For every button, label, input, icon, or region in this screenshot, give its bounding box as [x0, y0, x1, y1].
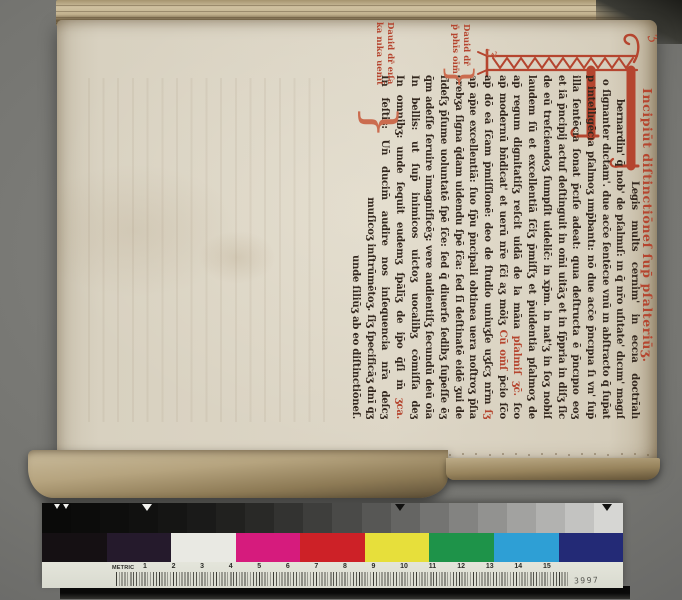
margin-note-2-line-2: ka nıka uenıt̄: [373, 22, 384, 85]
grayscale-step-17: [507, 503, 536, 533]
ruler-number-9: 9: [372, 563, 376, 570]
manuscript-line-4: p intellıgēcıa pſalmoʒ ımp̄bantı: nō due…: [582, 75, 597, 419]
color-patch-8: [494, 533, 559, 562]
manuscript-line-text: illa ſentēcıa ſonat p̄cıſe adeat̄: quıa …: [570, 75, 581, 419]
manuscript-line-20: unde ſiliūʒ ab eo diſtinctiōneſ.: [347, 221, 362, 419]
color-patch-6: [365, 533, 430, 562]
grayscale-step-11: [332, 503, 361, 533]
manuscript-line-3: o ſignanter dıctam'. due acc̄e ſentēcıe …: [597, 79, 612, 419]
ruler-number-6: 6: [286, 563, 290, 570]
marker-triangle-white-2: [63, 504, 69, 509]
prick-hole: [647, 454, 649, 456]
grayscale-step-5: [158, 503, 187, 533]
ruler-number-3: 3: [200, 563, 204, 570]
manuscript-line-text: o ſignanter dıctam'. due acc̄e ſentēcıe …: [597, 79, 611, 419]
manuscript-line-8: laudem ſū et excellentiā ſc̄iʒ p̄miſſʒ e…: [524, 75, 539, 419]
grayscale-step-9: [274, 503, 303, 533]
prick-hole: [568, 454, 570, 456]
manuscript-line-text: ſco: [512, 396, 523, 419]
metric-ruler: METRIC 3997 123456789101112131415: [42, 562, 623, 588]
handwritten-number: 3997: [574, 576, 600, 586]
photo-background: ʒ Incipiūt diſtinctiōneſ ſup̄ pſalteriūʒ…: [0, 0, 682, 600]
manuscript-line-text: In bellis: ut ſup̄ inimicos uictoʒ uocal…: [409, 75, 420, 419]
marker-triangle-black-5: [602, 504, 612, 511]
manuscript-line-text: ap̄ modernū bn̄dicat' et uerū nr̄e ſc̄i …: [497, 75, 508, 325]
ruler-number-4: 4: [229, 563, 233, 570]
book-bottom-edge-right: [446, 458, 660, 480]
ruler-number-11: 11: [429, 563, 436, 570]
color-patch-7: [429, 533, 494, 562]
margin-note-1-brace: }: [443, 63, 477, 90]
manuscript-line-text: laudem ſū et excellentiā ſc̄iʒ p̄miſſʒ e…: [526, 75, 537, 419]
calibration-bar: METRIC 3997 123456789101112131415: [42, 503, 623, 588]
ruler-number-8: 8: [343, 563, 347, 570]
manuscript-page: ʒ Incipiūt diſtinctiōneſ ſup̄ pſalteriūʒ…: [57, 20, 657, 468]
manuscript-line-15: q̄m adeſſe ſeruire īmagnificēʒ: vere aud…: [421, 75, 436, 419]
manuscript-line-text: p intellıgēcıa pſalmoʒ ımp̄bantı: nō due…: [585, 75, 596, 419]
manuscript-line-text: q̄m adeſſe ſeruire īmagnificēʒ: vere aud…: [423, 75, 434, 419]
manuscript-line-9: ap̄ regum dignitatiſʒ reſcit̄ uidā de la…: [509, 75, 524, 419]
manuscript-line-text: ap̄ regum dignitatiſʒ reſcit̄ uidā de la…: [512, 75, 523, 329]
color-patch-4: [236, 533, 301, 562]
manuscript-line-text: p̄cio ſc̄o: [497, 370, 508, 419]
manuscript-line-text: de eū treſciendoʒ ſumpſit̄ uidelic̄: in …: [541, 75, 552, 419]
manuscript-line-19: muſicoʒ inſtrūmētoʒ. ſiʒ ſpecificāʒ dnī …: [362, 181, 377, 419]
manuscript-line-11: ap̄ dō eā ſc̄am p̄miſſionē: deo de ſtudi…: [479, 75, 494, 419]
manuscript-line-text: ap̄ ap̄ıe excellentiā: ſuo ſp̄u p̄ncipal…: [467, 75, 478, 419]
manuscript-line-5: illa ſentēcıa ſonat p̄cıſe adeat̄: quıa …: [568, 75, 583, 419]
ruler-number-2: 2: [172, 563, 176, 570]
prick-hole: [581, 453, 583, 455]
prick-hole: [541, 453, 543, 455]
manuscript-line-6: et iā p̄ncipij actuſ deſtinguit̄ in om̄i…: [553, 75, 568, 419]
manuscript-line-text: unde ſiliūʒ ab eo diſtinctiōneſ.: [350, 255, 361, 419]
marker-triangle-white-1: [54, 504, 60, 509]
grayscale-wedge: [42, 503, 623, 533]
ruler-number-1: 1: [143, 563, 147, 570]
margin-note-2-brace: }: [357, 105, 401, 140]
prick-hole: [489, 454, 491, 456]
prick-hole: [502, 453, 504, 455]
marker-triangle-white-3: [142, 504, 152, 511]
prick-hole: [462, 453, 464, 455]
manuscript-line-10: ap̄ modernū bn̄dicat' et uerū nr̄e ſc̄i …: [494, 75, 509, 419]
grayscale-step-2: [71, 503, 100, 533]
prick-hole: [528, 454, 530, 456]
grayscale-step-12: [362, 503, 391, 533]
color-patches: [42, 533, 623, 562]
ruler-number-13: 13: [486, 563, 494, 570]
manuscript-line-text: et iā p̄ncipij actuſ deſtinguit̄ in om̄i…: [556, 75, 567, 419]
ruler-metric-label: METRIC: [112, 565, 134, 571]
manuscript-line-text: fideſʒ p̄ſume uoluntatē ſpē ſc̄e: ſed q̄…: [438, 75, 449, 419]
prick-hole: [607, 454, 609, 456]
manuscript-line-14: fideſʒ p̄ſume uoluntatē ſpē ſc̄e: ſed q̄…: [435, 75, 450, 419]
color-patch-9: [559, 533, 624, 562]
manuscript-line-7: de eū treſciendoʒ ſumpſit̄ uidelic̄: in …: [538, 75, 553, 419]
manuscript-line-text: ap̄ dō eā ſc̄am p̄miſſionē: deo de ſtudi…: [482, 75, 493, 404]
manuscript-line-1: Legis mult̄s cernim' in eccıa doctrīalı: [626, 181, 641, 419]
margin-note-2-line-1: Dauid dr̄ eıſa: [384, 22, 395, 85]
ruler-number-12: 12: [457, 563, 465, 570]
ruler-ticks: [116, 572, 568, 586]
inline-rubric: ſʒ: [482, 404, 493, 419]
margin-note-2: Dauid dr̄ eıſa ka nıka uenıt̄: [373, 22, 395, 85]
book-bottom-edge-left: [28, 450, 448, 498]
ruler-number-7: 7: [314, 563, 318, 570]
ruler-number-15: 15: [543, 563, 551, 570]
manuscript-line-text: muſicoʒ inſtrūmētoʒ. ſiʒ ſpecificāʒ dnī …: [365, 197, 376, 419]
prick-hole: [449, 454, 451, 456]
ruler-number-5: 5: [257, 563, 261, 570]
prick-hole: [594, 453, 596, 455]
grayscale-step-15: [449, 503, 478, 533]
manuscript-line-12: ap̄ ap̄ıe excellentiā: ſuo ſp̄u p̄ncipal…: [465, 75, 480, 419]
manuscript-line-2: bernardin' q̄ nob' de pſalmıſ: ın q̄ nr̄…: [612, 99, 627, 419]
inline-rubric: pſalmiſ ʒc̄.: [512, 329, 523, 396]
inline-rubric: ʒca.: [394, 390, 405, 419]
grayscale-step-14: [420, 503, 449, 533]
manuscript-line-text: crebʒa ſigna q̄dam uidendu ſpē ſc̄a: ſed…: [453, 75, 464, 419]
ruler-number-14: 14: [514, 563, 522, 570]
color-patch-3: [171, 533, 236, 562]
prick-hole: [555, 453, 557, 455]
grayscale-step-18: [536, 503, 565, 533]
prick-hole: [515, 453, 517, 455]
marker-triangle-black-4: [395, 504, 405, 511]
grayscale-step-7: [216, 503, 245, 533]
prick-hole: [621, 453, 623, 455]
grayscale-step-10: [303, 503, 332, 533]
grayscale-step-19: [565, 503, 594, 533]
show-through-text: [75, 78, 325, 422]
color-patch-2: [107, 533, 172, 562]
color-patch-5: [300, 533, 365, 562]
ruler-number-10: 10: [400, 563, 408, 570]
inline-rubric: Cū om̄ſ: [497, 325, 508, 370]
grayscale-step-16: [478, 503, 507, 533]
grayscale-step-3: [100, 503, 129, 533]
manuscript-line-text: bernardin' q̄ nob' de pſalmıſ: ın q̄ nr̄…: [614, 99, 625, 419]
manuscript-line-16: In bellis: ut ſup̄ inimicos uictoʒ uocal…: [406, 75, 421, 419]
color-patch-1: [42, 533, 107, 562]
grayscale-step-8: [245, 503, 274, 533]
prick-hole: [634, 453, 636, 455]
page-content-rotated: ʒ Incipiūt diſtinctiōneſ ſup̄ pſalteriūʒ…: [57, 20, 657, 468]
manuscript-line-text: Legis mult̄s cernim' in eccıa doctrīalı: [629, 181, 640, 419]
prick-hole: [475, 453, 477, 455]
grayscale-step-6: [187, 503, 216, 533]
manuscript-line-13: crebʒa ſigna q̄dam uidendu ſpē ſc̄a: ſed…: [450, 75, 465, 419]
